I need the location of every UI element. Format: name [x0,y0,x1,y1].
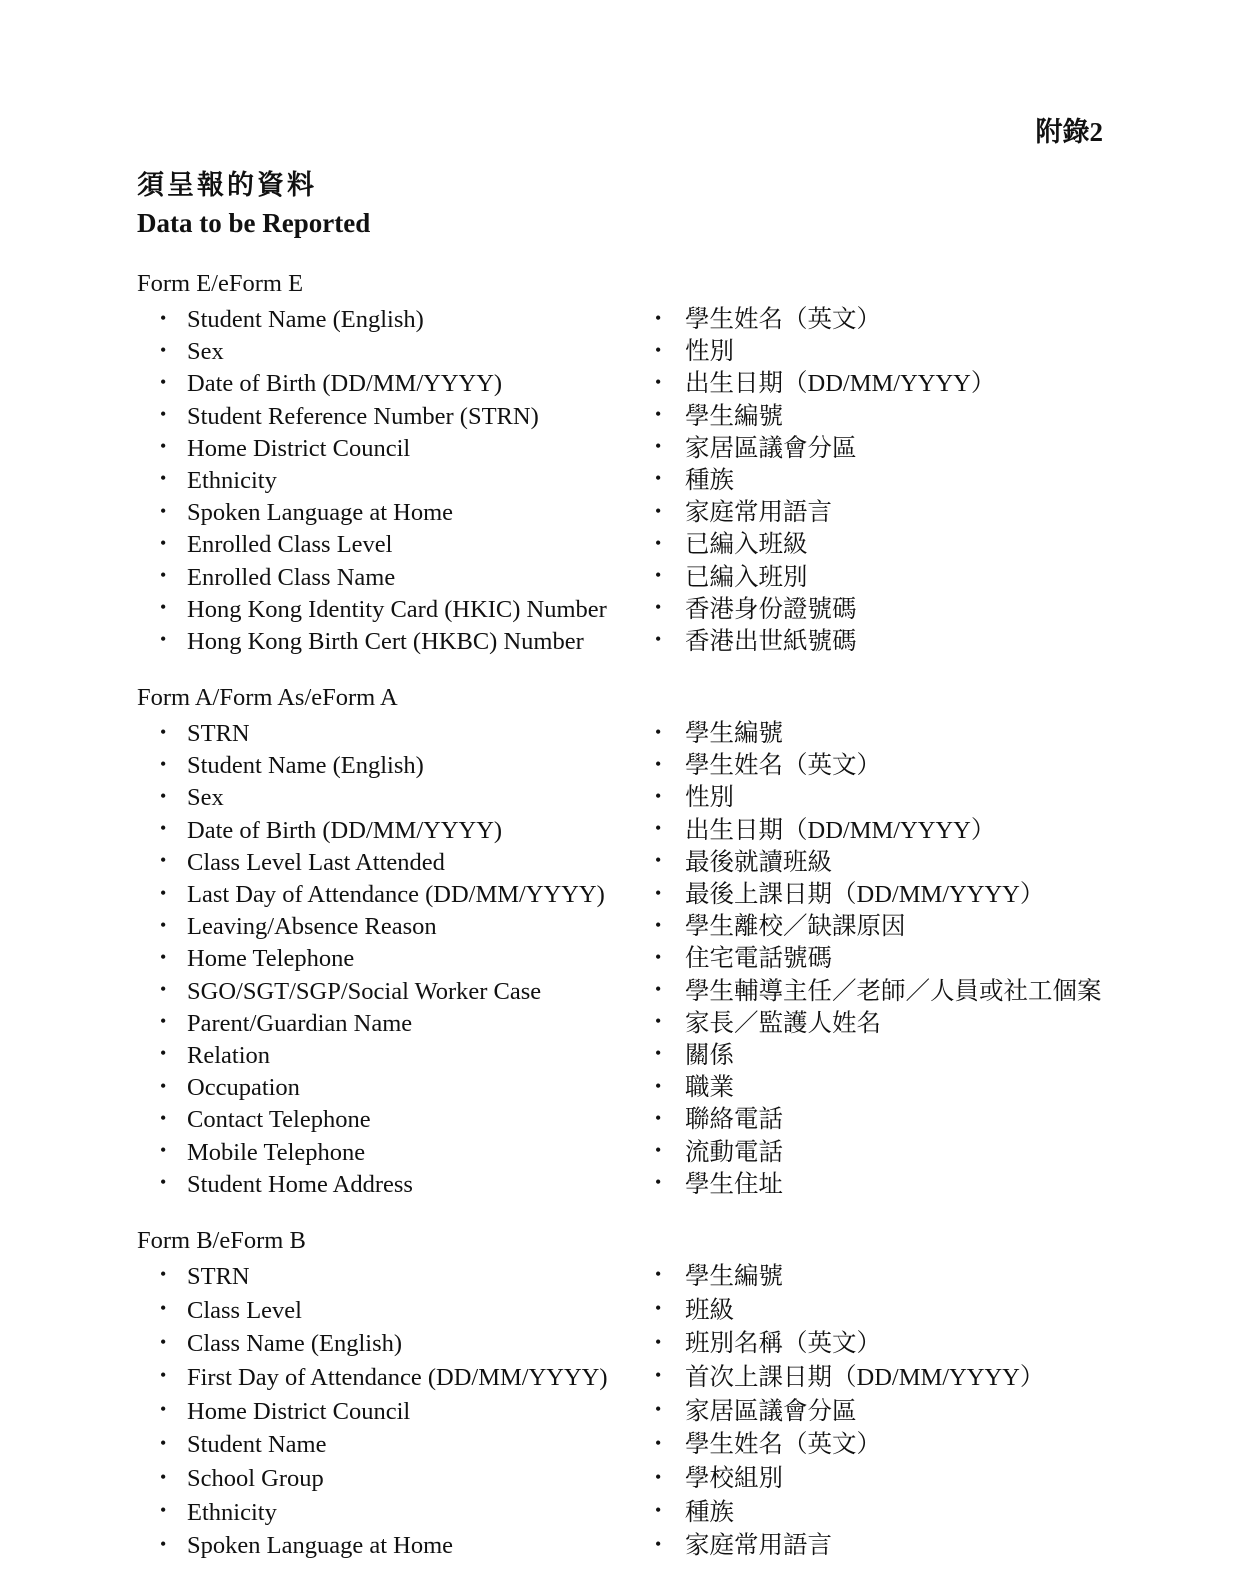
list-item: •Class Level•班級 [160,1291,1121,1325]
item-text-chinese: 種族 [685,461,1121,496]
item-text-chinese: 最後上課日期（DD/MM/YYYY） [685,875,1121,910]
list-item: •Date of Birth (DD/MM/YYYY)•出生日期（DD/MM/Y… [160,811,1121,843]
bullet-icon: • [160,1434,187,1452]
list-item: •Home Telephone•住宅電話號碼 [160,939,1121,971]
bullet-icon: • [655,1333,685,1351]
list-item: •Class Name (English)•班別名稱（英文） [160,1324,1121,1358]
item-text-english: Class Level [187,1297,655,1325]
item-text-chinese: 學生編號 [685,714,1121,749]
section-rows: •STRN•學生編號•Class Level•班級•Class Name (En… [160,1257,1121,1560]
bullet-icon: • [655,534,685,552]
item-text-chinese: 性別 [685,332,1121,367]
bullet-icon: • [655,1501,685,1519]
bullet-icon: • [160,309,187,327]
bullet-icon: • [655,1434,685,1452]
list-item: •Ethnicity•種族 [160,1493,1121,1527]
list-item: •Student Home Address•學生住址 [160,1165,1121,1197]
bullet-icon: • [655,1299,685,1317]
bullet-icon: • [655,755,685,773]
item-text-chinese: 已編入班級 [685,525,1121,560]
item-text-chinese: 香港出世紙號碼 [685,622,1121,657]
bullet-icon: • [655,787,685,805]
page-title-chinese: 須呈報的資料 [137,166,1121,204]
bullet-icon: • [160,1265,187,1283]
bullet-icon: • [160,534,187,552]
bullet-icon: • [655,373,685,391]
item-text-chinese: 學校組別 [685,1459,1121,1494]
bullet-icon: • [160,884,187,902]
list-item: •Sex•性別 [160,332,1121,364]
bullet-icon: • [160,630,187,648]
list-item: •Occupation•職業 [160,1068,1121,1100]
list-item: •Hong Kong Identity Card (HKIC) Number•香… [160,590,1121,622]
item-text-english: Parent/Guardian Name [187,1010,655,1038]
item-text-chinese: 性別 [685,778,1121,813]
list-item: •SGO/SGT/SGP/Social Worker Case•學生輔導主任／老… [160,972,1121,1004]
bullet-icon: • [160,373,187,391]
section-rows: •STRN•學生編號•Student Name (English)•學生姓名（英… [160,714,1121,1197]
item-text-english: Student Reference Number (STRN) [187,403,655,431]
item-text-chinese: 學生輔導主任／老師／人員或社工個案 [685,972,1121,1007]
item-text-chinese: 家長／監護人姓名 [685,1004,1121,1039]
item-text-english: Mobile Telephone [187,1139,655,1167]
bullet-icon: • [160,1173,187,1191]
bullet-icon: • [160,1077,187,1095]
bullet-icon: • [160,469,187,487]
item-text-english: Home District Council [187,435,655,463]
list-item: •Home District Council•家居區議會分區 [160,1392,1121,1426]
bullet-icon: • [160,437,187,455]
bullet-icon: • [160,948,187,966]
item-text-english: Sex [187,338,655,366]
bullet-icon: • [160,755,187,773]
bullet-icon: • [160,916,187,934]
bullet-icon: • [655,1077,685,1095]
item-text-english: STRN [187,1263,655,1291]
bullet-icon: • [655,405,685,423]
bullet-icon: • [160,980,187,998]
item-text-chinese: 家庭常用語言 [685,1526,1121,1561]
list-item: •Mobile Telephone•流動電話 [160,1133,1121,1165]
bullet-icon: • [160,1044,187,1062]
item-text-english: Enrolled Class Level [187,531,655,559]
item-text-chinese: 已編入班別 [685,558,1121,593]
item-text-english: Spoken Language at Home [187,499,655,527]
bullet-icon: • [160,1012,187,1030]
item-text-chinese: 家居區議會分區 [685,1392,1121,1427]
item-text-chinese: 學生姓名（英文） [685,746,1121,781]
list-item: •Contact Telephone•聯絡電話 [160,1100,1121,1132]
bullet-icon: • [655,566,685,584]
item-text-english: Home District Council [187,1398,655,1426]
item-text-english: Hong Kong Identity Card (HKIC) Number [187,596,655,624]
appendix-label: 附錄2 [137,114,1121,150]
item-text-english: Sex [187,784,655,812]
item-text-chinese: 出生日期（DD/MM/YYYY） [685,364,1121,399]
bullet-icon: • [655,723,685,741]
item-text-english: Date of Birth (DD/MM/YYYY) [187,370,655,398]
item-text-english: Spoken Language at Home [187,1532,655,1560]
item-text-chinese: 家居區議會分區 [685,429,1121,464]
list-item: •Student Name (English)•學生姓名（英文） [160,746,1121,778]
bullet-icon: • [655,630,685,648]
item-text-english: Date of Birth (DD/MM/YYYY) [187,817,655,845]
list-item: •Student Reference Number (STRN)•學生編號 [160,397,1121,429]
bullet-icon: • [160,1501,187,1519]
bullet-icon: • [160,1366,187,1384]
bullet-icon: • [655,1141,685,1159]
list-item: •Leaving/Absence Reason•學生離校／缺課原因 [160,907,1121,939]
item-text-english: Class Level Last Attended [187,849,655,877]
item-text-english: Student Home Address [187,1171,655,1199]
bullet-icon: • [655,1044,685,1062]
bullet-icon: • [160,1109,187,1127]
item-text-english: Hong Kong Birth Cert (HKBC) Number [187,628,655,656]
bullet-icon: • [655,1366,685,1384]
item-text-chinese: 學生編號 [685,397,1121,432]
list-item: •First Day of Attendance (DD/MM/YYYY)•首次… [160,1358,1121,1392]
item-text-chinese: 最後就讀班級 [685,843,1121,878]
list-item: •Home District Council•家居區議會分區 [160,429,1121,461]
item-text-english: Occupation [187,1074,655,1102]
item-text-english: Relation [187,1042,655,1070]
item-text-english: Ethnicity [187,467,655,495]
bullet-icon: • [160,723,187,741]
item-text-english: Home Telephone [187,945,655,973]
bullet-icon: • [160,1535,187,1553]
bullet-icon: • [655,1173,685,1191]
bullet-icon: • [655,980,685,998]
item-text-english: Student Name [187,1431,655,1459]
bullet-icon: • [655,1265,685,1283]
bullet-icon: • [655,341,685,359]
document-page: 附錄2 須呈報的資料 Data to be Reported Form E/eF… [0,0,1241,1588]
bullet-icon: • [655,1109,685,1127]
bullet-icon: • [655,502,685,520]
item-text-english: Ethnicity [187,1499,655,1527]
bullet-icon: • [655,309,685,327]
bullet-icon: • [160,502,187,520]
bullet-icon: • [655,1012,685,1030]
list-item: •Date of Birth (DD/MM/YYYY)•出生日期（DD/MM/Y… [160,364,1121,396]
bullet-icon: • [160,405,187,423]
item-text-chinese: 學生姓名（英文） [685,1425,1121,1460]
item-text-chinese: 學生離校／缺課原因 [685,907,1121,942]
list-item: •School Group•學校組別 [160,1459,1121,1493]
bullet-icon: • [655,437,685,455]
bullet-icon: • [160,1299,187,1317]
item-text-english: Last Day of Attendance (DD/MM/YYYY) [187,881,655,909]
bullet-icon: • [160,1468,187,1486]
list-item: •Student Name (English)•學生姓名（英文） [160,300,1121,332]
list-item: •STRN•學生編號 [160,714,1121,746]
list-item: •Hong Kong Birth Cert (HKBC) Number•香港出世… [160,622,1121,654]
bullet-icon: • [160,598,187,616]
bullet-icon: • [655,1535,685,1553]
item-text-chinese: 流動電話 [685,1133,1121,1168]
item-text-english: SGO/SGT/SGP/Social Worker Case [187,978,655,1006]
list-item: •Relation•關係 [160,1036,1121,1068]
bullet-icon: • [655,851,685,869]
bullet-icon: • [655,469,685,487]
item-text-english: Leaving/Absence Reason [187,913,655,941]
item-text-chinese: 家庭常用語言 [685,493,1121,528]
item-text-chinese: 職業 [685,1068,1121,1103]
item-text-english: Contact Telephone [187,1106,655,1134]
bullet-icon: • [655,948,685,966]
item-text-chinese: 學生編號 [685,1257,1121,1292]
bullet-icon: • [160,1400,187,1418]
item-text-english: STRN [187,720,655,748]
list-item: •Sex•性別 [160,778,1121,810]
item-text-chinese: 首次上課日期（DD/MM/YYYY） [685,1358,1121,1393]
bullet-icon: • [655,819,685,837]
item-text-chinese: 班別名稱（英文） [685,1324,1121,1359]
item-text-english: Class Name (English) [187,1330,655,1358]
item-text-chinese: 住宅電話號碼 [685,939,1121,974]
item-text-english: School Group [187,1465,655,1493]
bullet-icon: • [160,819,187,837]
item-text-chinese: 學生姓名（英文） [685,300,1121,335]
bullet-icon: • [160,341,187,359]
form-section: Form A/Form As/eForm A•STRN•學生編號•Student… [137,682,1121,1197]
list-item: •Spoken Language at Home•家庭常用語言 [160,1526,1121,1560]
section-heading: Form A/Form As/eForm A [137,682,1121,714]
item-text-chinese: 聯絡電話 [685,1100,1121,1135]
list-item: •Spoken Language at Home•家庭常用語言 [160,493,1121,525]
item-text-english: Enrolled Class Name [187,564,655,592]
item-text-chinese: 關係 [685,1036,1121,1071]
bullet-icon: • [160,1141,187,1159]
list-item: •Last Day of Attendance (DD/MM/YYYY)•最後上… [160,875,1121,907]
list-item: •STRN•學生編號 [160,1257,1121,1291]
bullet-icon: • [655,598,685,616]
bullet-icon: • [160,787,187,805]
list-item: •Parent/Guardian Name•家長／監護人姓名 [160,1004,1121,1036]
bullet-icon: • [160,566,187,584]
item-text-chinese: 種族 [685,1493,1121,1528]
bullet-icon: • [160,851,187,869]
list-item: •Enrolled Class Level•已編入班級 [160,525,1121,557]
item-text-chinese: 香港身份證號碼 [685,590,1121,625]
item-text-chinese: 出生日期（DD/MM/YYYY） [685,811,1121,846]
list-item: •Class Level Last Attended•最後就讀班級 [160,843,1121,875]
bullet-icon: • [160,1333,187,1351]
item-text-english: First Day of Attendance (DD/MM/YYYY) [187,1364,655,1392]
bullet-icon: • [655,916,685,934]
list-item: •Ethnicity•種族 [160,461,1121,493]
item-text-english: Student Name (English) [187,752,655,780]
item-text-chinese: 班級 [685,1291,1121,1326]
bullet-icon: • [655,1468,685,1486]
form-section: Form B/eForm B•STRN•學生編號•Class Level•班級•… [137,1225,1121,1560]
sections-container: Form E/eForm E•Student Name (English)•學生… [137,268,1121,1560]
section-heading: Form B/eForm B [137,1225,1121,1257]
list-item: •Student Name•學生姓名（英文） [160,1425,1121,1459]
bullet-icon: • [655,1400,685,1418]
page-title-english: Data to be Reported [137,204,1121,242]
item-text-chinese: 學生住址 [685,1165,1121,1200]
form-section: Form E/eForm E•Student Name (English)•學生… [137,268,1121,654]
section-heading: Form E/eForm E [137,268,1121,300]
list-item: •Enrolled Class Name•已編入班別 [160,558,1121,590]
bullet-icon: • [655,884,685,902]
item-text-english: Student Name (English) [187,306,655,334]
section-rows: •Student Name (English)•學生姓名（英文）•Sex•性別•… [160,300,1121,654]
